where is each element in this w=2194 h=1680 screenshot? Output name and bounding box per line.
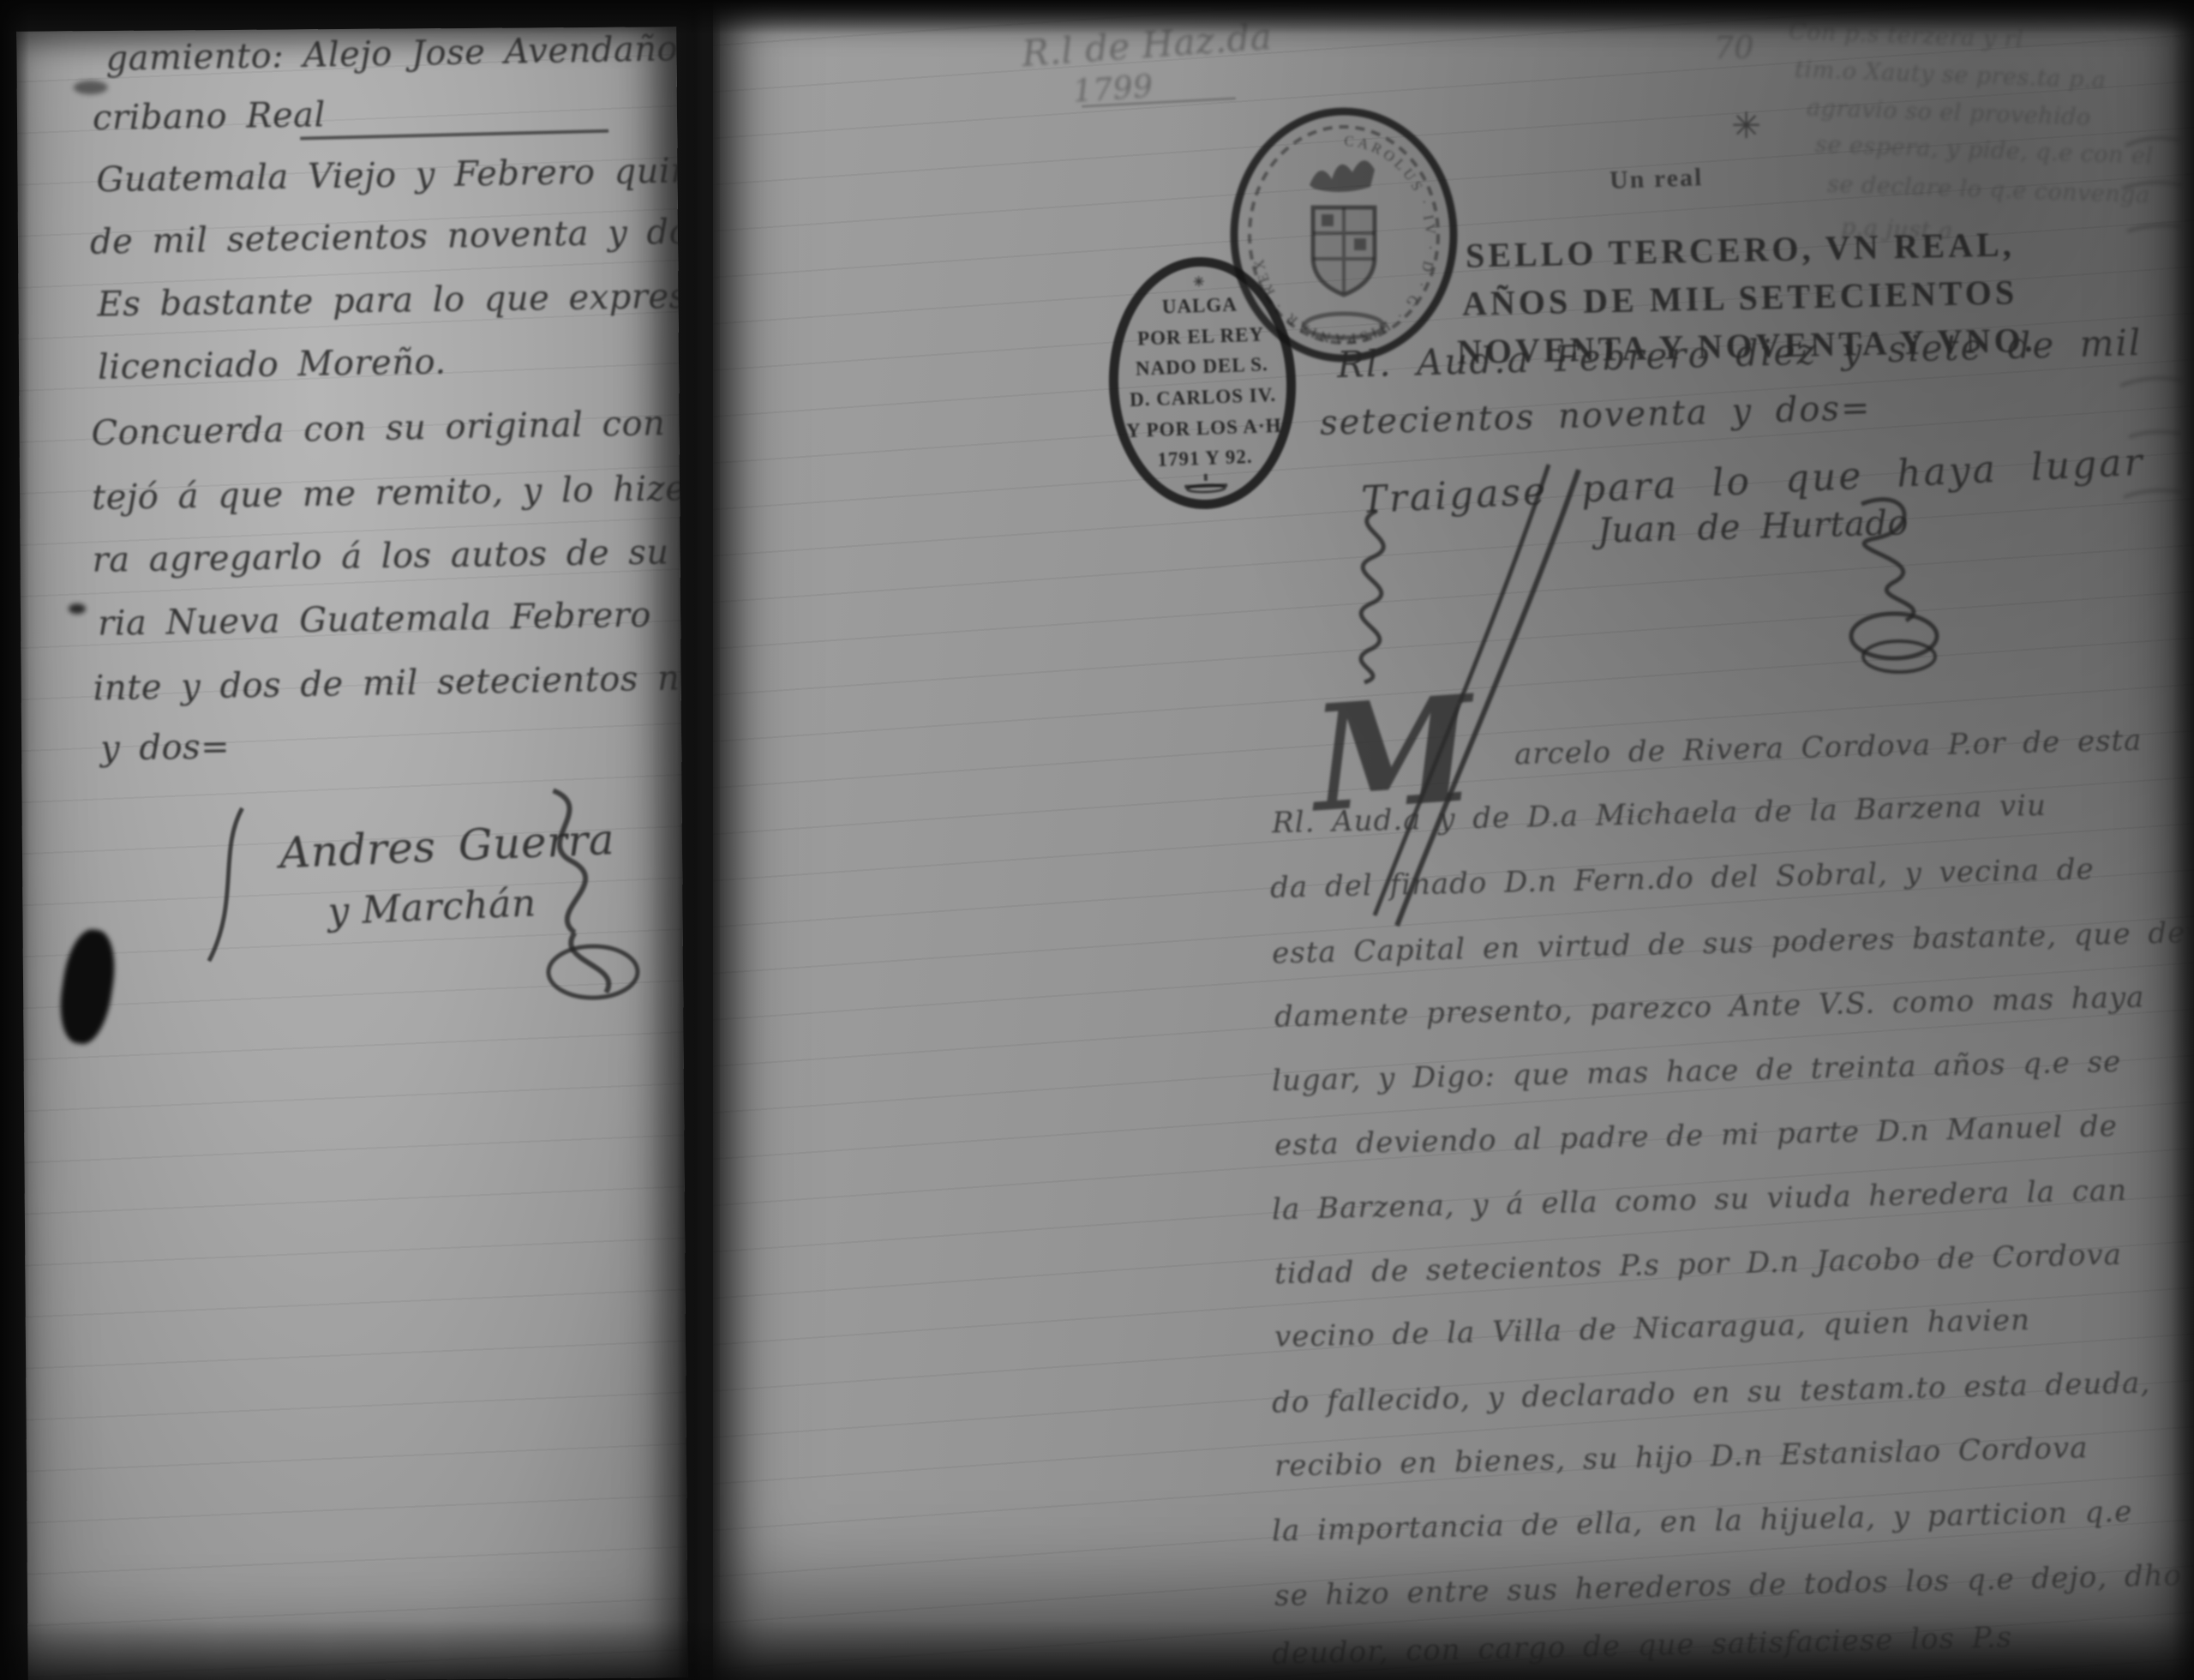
ink-speck — [69, 603, 86, 614]
book-gutter — [677, 0, 720, 1680]
sello-line: SELLO TERCERO, VN REAL, — [1466, 224, 2016, 275]
edge-scribbles — [2119, 129, 2187, 643]
petition-line: la Barzena, y á ella como su viuda hered… — [1272, 1173, 2128, 1227]
margin-note-line: se espera, y pide, q.e con el — [1815, 131, 2155, 170]
stamp-base-ornament — [1176, 473, 1237, 494]
stamp-text: UALGA POR EL REY NADO DEL S. D. CARLOS I… — [1122, 288, 1284, 477]
manuscript-line: Es bastante para lo que expresa — [97, 277, 688, 325]
petition-line: recibio en bienes, su hijo D.n Estanisla… — [1274, 1431, 2089, 1484]
margin-note-line: se declare lo q.e convenga — [1827, 171, 2151, 208]
petition-line: tidad de setecientos P.s por D.n Jacobo … — [1274, 1238, 2123, 1291]
margin-note-line: tim.o Xauty se pres.ta p.a — [1795, 57, 2107, 94]
manuscript-line: ra agregarlo á los autos de su mate — [92, 531, 687, 580]
manuscript-line: gamiento: Alejo Jose Avendaño Es — [105, 28, 688, 79]
signature-rubric — [501, 781, 674, 1005]
decree-line: setecientos noventa y dos= — [1319, 388, 1872, 443]
petition-line: esta deviendo al padre de mi parte D.n M… — [1274, 1109, 2119, 1162]
petition-line: damente presento, parezco Ante V.S. como… — [1274, 980, 2145, 1034]
petition-line: arcelo de Rivera Cordova P.or de esta — [1514, 723, 2143, 772]
manuscript-line: Concuerda con su original con que se co — [91, 400, 688, 453]
stamp-line: 1791 Y 92. — [1127, 441, 1284, 477]
manuscript-line: Guatemala Viejo y Febrero quince — [96, 151, 688, 201]
stamp-ornament: ✳ — [1193, 273, 1205, 291]
petition-line: deudor, con cargo de que satisfaciese lo… — [1272, 1620, 2013, 1671]
ink-rule — [300, 129, 608, 141]
oidor-rubric — [1827, 489, 1973, 677]
archival-note: R.l de Haz.da — [1021, 15, 1274, 75]
manuscript-line: ria Nueva Guatemala Febrero — [98, 596, 652, 644]
manuscript-line: y dos= — [100, 727, 231, 768]
manuscript-line: tejó á que me remito, y lo hize sacar pa — [92, 466, 688, 518]
petition-line: lugar, y Digo: que mas hace de treinta a… — [1272, 1045, 2122, 1098]
petition-line: do fallecido, y declarado en su testam.t… — [1272, 1365, 2151, 1419]
manuscript-line: licenciado Moreño. — [98, 342, 447, 387]
printed-fee-label: Un real — [1609, 163, 1703, 195]
petition-line: se hizo entre sus herederos de todos los… — [1274, 1558, 2183, 1613]
manuscript-line: de mil setecientos noventa y dos — [90, 212, 688, 262]
sello-line: AÑOS DE MIL SETECIENTOS — [1462, 272, 2018, 324]
asterisk-mark: ✳ — [1731, 105, 1762, 147]
margin-note-line: agravio so el provehido — [1807, 94, 2092, 131]
left-page: gamiento: Alejo Jose Avendaño Es cribano… — [16, 27, 687, 1680]
petition-line: vecino de la Villa de Nicaragua, quien h… — [1274, 1303, 2031, 1354]
petition-line: la importancia de ella, en la hijuela, y… — [1272, 1495, 2133, 1549]
right-page: R.l de Haz.da 1799 70 ✳ Con p.s terzera … — [713, 0, 2194, 1680]
manuscript-line: cribano Real — [93, 95, 326, 138]
ink-blot — [54, 927, 120, 1047]
habilitation-stamp: ✳ UALGA POR EL REY NADO DEL S. D. CARLOS… — [1105, 254, 1300, 512]
ink-speck — [74, 81, 108, 94]
pen-flourish — [189, 801, 259, 982]
manuscript-line: inte y dos de mil setecientos noventa — [93, 657, 687, 708]
stamp-line: Y POR LOS A·H — [1126, 410, 1283, 446]
manuscript-scan: gamiento: Alejo Jose Avendaño Es cribano… — [0, 0, 2194, 1680]
stamp-line: D. CARLOS IV. — [1124, 380, 1281, 416]
folio-number: 70 — [1714, 31, 1754, 66]
margin-note-line: Con p.s terzera y rl — [1789, 18, 2024, 53]
